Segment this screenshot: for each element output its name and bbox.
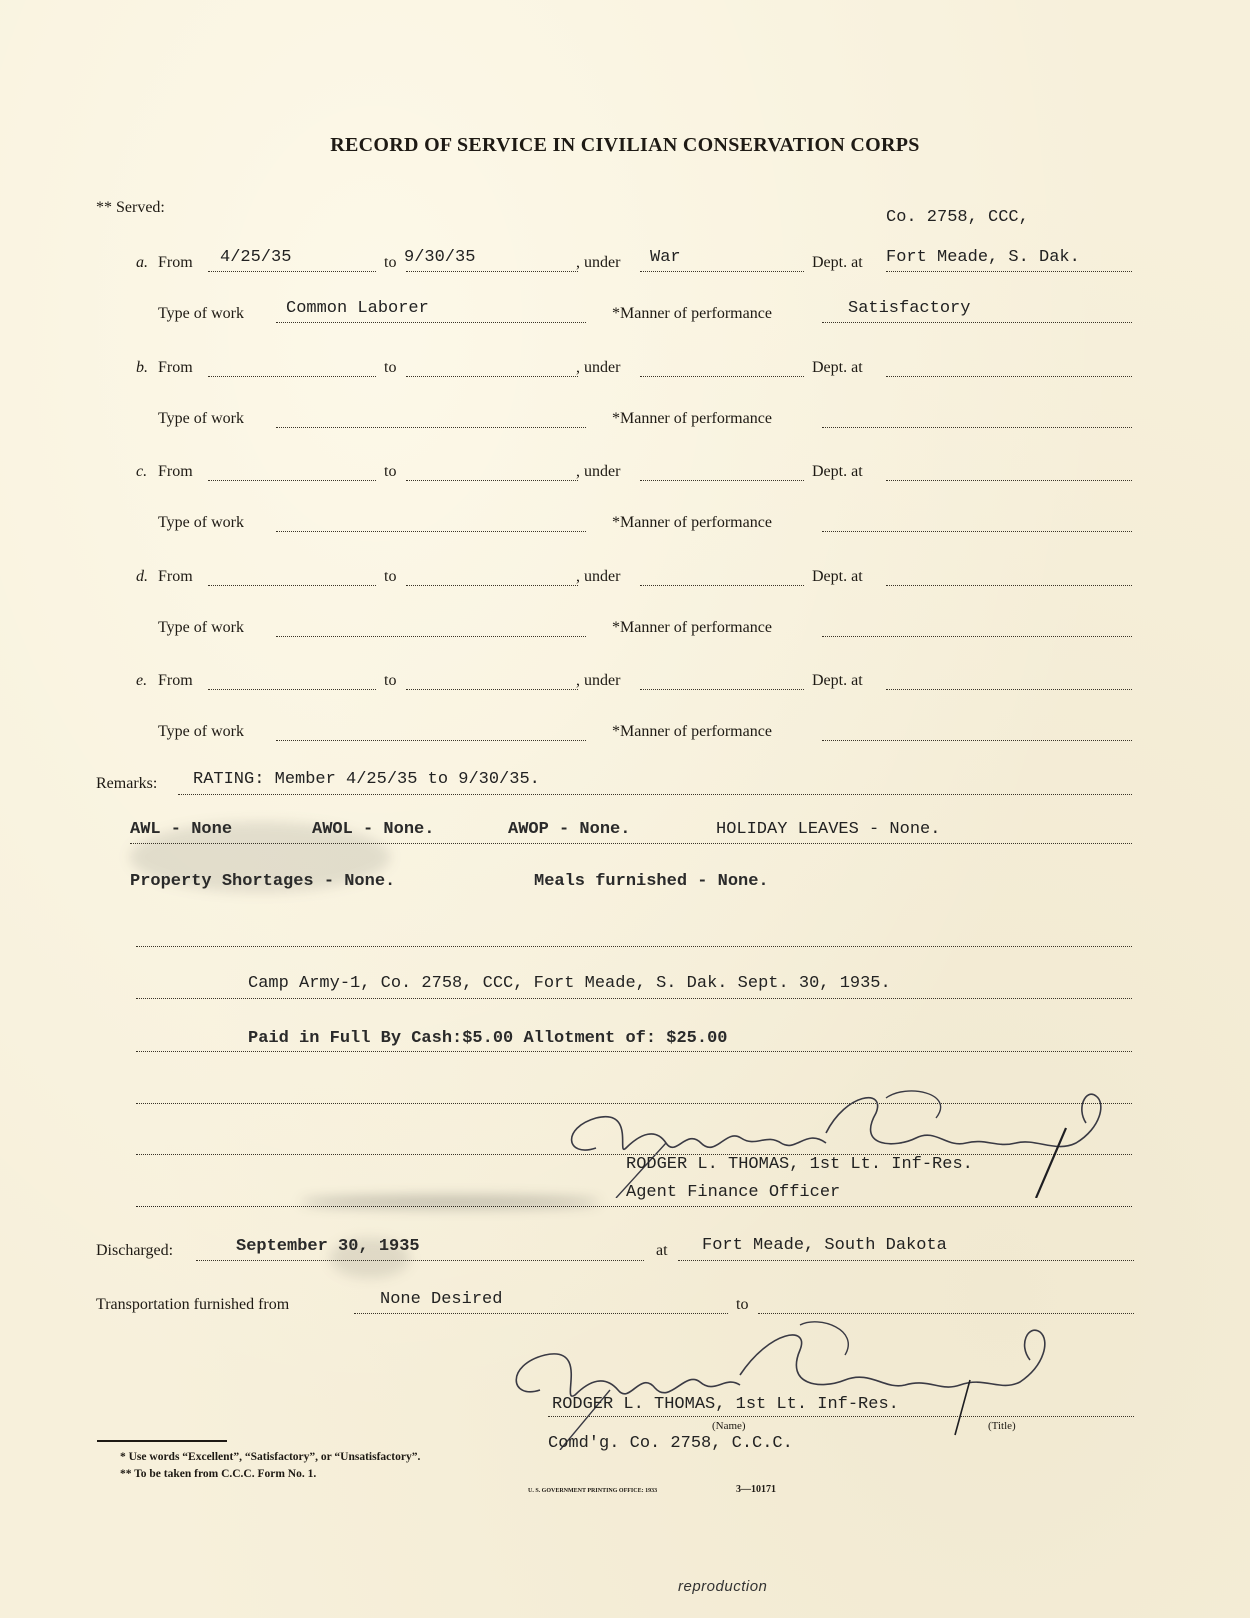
type-of-work-label: Type of work — [158, 410, 244, 428]
dept-at-line — [886, 271, 1132, 272]
form-number: 3—10171 — [736, 1484, 776, 1495]
from-label: From — [158, 359, 193, 377]
discharge-place: Fort Meade, South Dakota — [702, 1236, 947, 1255]
remarks-camp: Camp Army-1, Co. 2758, CCC, Fort Meade, … — [248, 974, 891, 993]
type-of-work-line — [276, 636, 586, 637]
row-letter: a. — [136, 254, 148, 272]
remarks-payment: Paid in Full By Cash:$5.00 Allotment of:… — [248, 1029, 727, 1048]
transport-from: None Desired — [380, 1290, 502, 1309]
transport-to-line — [758, 1313, 1134, 1314]
dept-location: Fort Meade, S. Dak. — [886, 248, 1080, 267]
manner-label: *Manner of performance — [612, 723, 772, 741]
manner-value: Satisfactory — [848, 299, 970, 318]
commander-unit: Comd'g. Co. 2758, C.C.C. — [548, 1434, 793, 1453]
remarks-awop: AWOP - None. — [508, 820, 630, 839]
transport-to-label: to — [736, 1296, 748, 1314]
from-line — [208, 376, 376, 377]
remarks-line-9 — [136, 1206, 1132, 1207]
discharged-date-line — [196, 1260, 644, 1261]
remarks-meals: Meals furnished - None. — [534, 872, 769, 891]
remarks-line-6 — [136, 1051, 1132, 1052]
manner-label: *Manner of performance — [612, 514, 772, 532]
type-of-work-label: Type of work — [158, 723, 244, 741]
to-label: to — [384, 359, 396, 377]
under-label: , under — [576, 568, 620, 586]
manner-line — [822, 427, 1132, 428]
footnote-1: * Use words “Excellent”, “Satisfactory”,… — [120, 1451, 420, 1463]
manner-line — [822, 531, 1132, 532]
name-caption: (Name) — [712, 1420, 746, 1432]
manner-line — [822, 322, 1132, 323]
dept-at-line — [886, 689, 1132, 690]
to-line — [406, 376, 578, 377]
row-letter: d. — [136, 568, 148, 586]
dept-at-label: Dept. at — [812, 568, 863, 586]
under-line — [640, 376, 804, 377]
transport-from-line — [354, 1313, 728, 1314]
to-label: to — [384, 463, 396, 481]
type-of-work-label: Type of work — [158, 514, 244, 532]
printing-office: U. S. GOVERNMENT PRINTING OFFICE: 1933 — [528, 1488, 657, 1494]
to-line — [406, 271, 578, 272]
department: War — [650, 248, 681, 267]
remarks-rating: RATING: Member 4/25/35 to 9/30/35. — [193, 770, 540, 789]
dept-at-line — [886, 585, 1132, 586]
dept-at-label: Dept. at — [812, 672, 863, 690]
commander-signature-line — [548, 1416, 1134, 1417]
commander-name: RODGER L. THOMAS, 1st Lt. Inf-Res. — [552, 1395, 899, 1414]
remarks-label: Remarks: — [96, 775, 157, 793]
manner-line — [822, 740, 1132, 741]
from-line — [208, 585, 376, 586]
to-label: to — [384, 568, 396, 586]
to-line — [406, 585, 578, 586]
finance-officer-signature — [556, 1088, 1146, 1198]
dept-at-label: Dept. at — [812, 359, 863, 377]
type-of-work-line — [276, 322, 586, 323]
reproduction-watermark: reproduction — [678, 1578, 767, 1595]
remarks-line-4 — [136, 946, 1132, 947]
dept-at-line — [886, 376, 1132, 377]
type-of-work-line — [276, 531, 586, 532]
remarks-line-1 — [178, 794, 1132, 795]
type-of-work-line — [276, 427, 586, 428]
document-title: RECORD OF SERVICE IN CIVILIAN CONSERVATI… — [0, 134, 1250, 157]
row-letter: c. — [136, 463, 147, 481]
dept-at-line — [886, 480, 1132, 481]
smudge — [130, 822, 390, 892]
discharged-at-label: at — [656, 1242, 668, 1260]
row-letter: b. — [136, 359, 148, 377]
discharged-place-line — [678, 1260, 1134, 1261]
footnote-rule — [97, 1440, 227, 1442]
to-date: 9/30/35 — [404, 248, 475, 267]
under-line — [640, 271, 804, 272]
from-line — [208, 480, 376, 481]
from-label: From — [158, 568, 193, 586]
under-label: , under — [576, 463, 620, 481]
smudge — [300, 1196, 600, 1208]
manner-line — [822, 636, 1132, 637]
from-label: From — [158, 463, 193, 481]
under-line — [640, 585, 804, 586]
title-caption: (Title) — [988, 1420, 1016, 1432]
manner-label: *Manner of performance — [612, 619, 772, 637]
dept-at-label: Dept. at — [812, 254, 863, 272]
under-line — [640, 480, 804, 481]
served-label: ** Served: — [96, 199, 165, 217]
to-label: to — [384, 254, 396, 272]
from-label: From — [158, 672, 193, 690]
from-line — [208, 271, 376, 272]
under-line — [640, 689, 804, 690]
finance-officer-title: Agent Finance Officer — [626, 1183, 840, 1202]
type-of-work-value: Common Laborer — [286, 299, 429, 318]
transportation-label: Transportation furnished from — [96, 1296, 289, 1314]
type-of-work-label: Type of work — [158, 305, 244, 323]
dept-at-label: Dept. at — [812, 463, 863, 481]
company-header: Co. 2758, CCC, — [886, 208, 1029, 227]
from-label: From — [158, 254, 193, 272]
to-line — [406, 480, 578, 481]
row-letter: e. — [136, 672, 147, 690]
from-date: 4/25/35 — [220, 248, 291, 267]
remarks-line-5 — [136, 998, 1132, 999]
footnote-2: ** To be taken from C.C.C. Form No. 1. — [120, 1468, 316, 1480]
from-line — [208, 689, 376, 690]
under-label: , under — [576, 672, 620, 690]
manner-label: *Manner of performance — [612, 410, 772, 428]
finance-officer-name: RODGER L. THOMAS, 1st Lt. Inf-Res. — [626, 1155, 973, 1174]
to-line — [406, 689, 578, 690]
under-label: , under — [576, 359, 620, 377]
remarks-holiday: HOLIDAY LEAVES - None. — [716, 820, 940, 839]
type-of-work-label: Type of work — [158, 619, 244, 637]
smudge — [330, 1238, 410, 1278]
under-label: , under — [576, 254, 620, 272]
manner-label: *Manner of performance — [612, 305, 772, 323]
to-label: to — [384, 672, 396, 690]
type-of-work-line — [276, 740, 586, 741]
discharged-label: Discharged: — [96, 1242, 173, 1260]
